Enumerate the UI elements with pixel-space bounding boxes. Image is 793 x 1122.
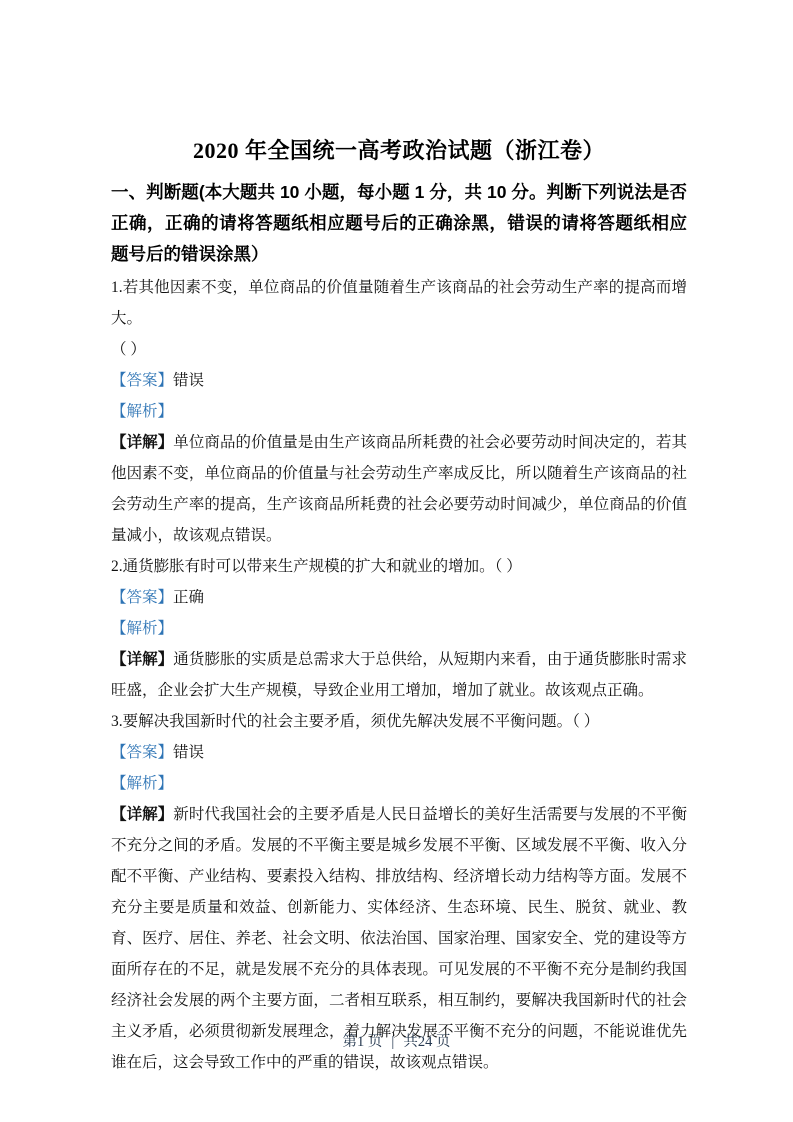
page-footer: 第1 页|共24 页 <box>0 1031 793 1053</box>
footer-total-pages: 共24 页 <box>403 1034 450 1050</box>
analysis-line: 【解析】 <box>111 613 687 644</box>
question-block-2: 2.通货膨胀有时可以带来生产规模的扩大和就业的增加。（ ） 【答案】正确 【解析… <box>111 551 687 706</box>
question-stem: 3.要解决我国新时代的社会主要矛盾，须优先解决发展不平衡问题。（ ） <box>111 706 687 737</box>
question-stem: 1.若其他因素不变，单位商品的价值量随着生产该商品的社会劳动生产率的提高而增大。 <box>111 272 687 334</box>
answer-bracket: （ ） <box>111 334 687 365</box>
answer-line: 【答案】错误 <box>111 737 687 768</box>
question-block-3: 3.要解决我国新时代的社会主要矛盾，须优先解决发展不平衡问题。（ ） 【答案】错… <box>111 706 687 1078</box>
section-heading: 一、判断题(本大题共 10 小题，每小题 1 分，共 10 分。判断下列说法是否… <box>111 177 687 270</box>
page-title: 2020 年全国统一高考政治试题（浙江卷） <box>111 136 687 166</box>
footer-current-page: 第1 页 <box>343 1034 383 1050</box>
document-content: 2020 年全国统一高考政治试题（浙江卷） 一、判断题(本大题共 10 小题，每… <box>111 136 687 1078</box>
detail-label: 【详解】 <box>111 651 173 668</box>
detail-text: 通货膨胀的实质是总需求大于总供给，从短期内来看，由于通货膨胀时需求旺盛，企业会扩… <box>111 651 687 699</box>
document-page: 2020 年全国统一高考政治试题（浙江卷） 一、判断题(本大题共 10 小题，每… <box>0 0 793 1122</box>
detail-label: 【详解】 <box>111 434 173 451</box>
answer-label: 【答案】 <box>111 589 173 606</box>
analysis-label: 【解析】 <box>111 620 173 637</box>
analysis-line: 【解析】 <box>111 396 687 427</box>
answer-label: 【答案】 <box>111 744 173 761</box>
answer-value: 错误 <box>173 744 204 761</box>
answer-line: 【答案】正确 <box>111 582 687 613</box>
footer-separator: | <box>391 1031 394 1053</box>
answer-label: 【答案】 <box>111 372 173 389</box>
detail-text: 单位商品的价值量是由生产该商品所耗费的社会必要劳动时间决定的，若其他因素不变，单… <box>111 434 687 544</box>
analysis-line: 【解析】 <box>111 768 687 799</box>
analysis-label: 【解析】 <box>111 403 173 420</box>
detail-label: 【详解】 <box>111 806 173 823</box>
analysis-label: 【解析】 <box>111 775 173 792</box>
question-stem: 2.通货膨胀有时可以带来生产规模的扩大和就业的增加。（ ） <box>111 551 687 582</box>
answer-value: 正确 <box>173 589 204 606</box>
detail-paragraph: 【详解】通货膨胀的实质是总需求大于总供给，从短期内来看，由于通货膨胀时需求旺盛，… <box>111 644 687 706</box>
question-block-1: 1.若其他因素不变，单位商品的价值量随着生产该商品的社会劳动生产率的提高而增大。… <box>111 272 687 551</box>
answer-line: 【答案】错误 <box>111 365 687 396</box>
detail-paragraph: 【详解】单位商品的价值量是由生产该商品所耗费的社会必要劳动时间决定的，若其他因素… <box>111 427 687 551</box>
answer-value: 错误 <box>173 372 204 389</box>
